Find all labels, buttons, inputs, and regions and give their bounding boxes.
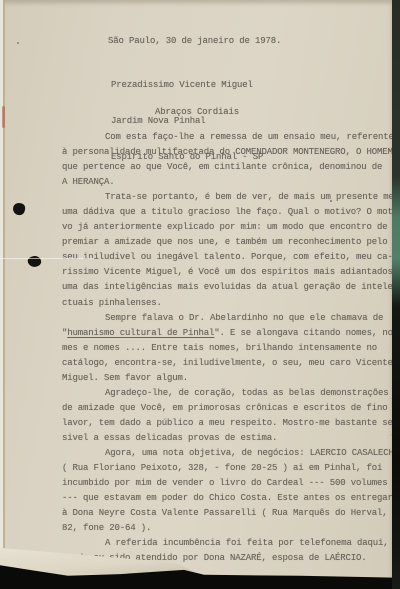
letter-line: à personalidade multifacetada do COMENDA… (62, 145, 394, 160)
letter-line: A referida incumbência foi feita por tel… (62, 536, 394, 551)
letter-line: Sempre falava o Dr. Abelardinho no que e… (62, 311, 394, 326)
paper-speck (17, 42, 19, 44)
letter-body: Com esta faço-lhe a remessa de um ensaio… (62, 130, 394, 566)
letter-line: --- que estavam em poder do Chico Costa.… (62, 491, 394, 506)
underlined-phrase: humanismo cultural de Pinhal (67, 328, 214, 338)
letter-line: lavor, tem dado a público a meu respeito… (62, 416, 394, 431)
fold-crease-line (0, 258, 94, 259)
letter-line: à Dona Neyre Costa Valente Passarelli ( … (62, 506, 394, 521)
letter-line: ctuais pinhalenses. (62, 296, 394, 311)
scanned-letter-screenshot: { "colors":{"paper":"#dad3c3","ink":"#68… (0, 0, 400, 589)
date-line: São Paulo, 30 de janeiro de 1978. (108, 36, 281, 46)
paper-edge-red-mark (2, 106, 5, 128)
letter-line: premiar a amizade que nos une, e também … (62, 235, 394, 250)
letter-line: catálogo, encontra-se, iniludivelmente, … (62, 356, 394, 371)
recipient-name: Prezadissimo Vicente Miguel (111, 77, 263, 93)
scan-background-strip (392, 0, 400, 589)
letter-line: Miguel. Sem favor algum. (62, 371, 394, 386)
punch-hole (12, 202, 26, 216)
letter-page: São Paulo, 30 de janeiro de 1978. Prezad… (0, 0, 392, 589)
letter-line: sivel a essas delicadas provas de estima… (62, 431, 394, 446)
paper-speck (330, 200, 332, 202)
letter-line: "humanismo cultural de Pinhal". E se alo… (62, 326, 394, 341)
letter-line: seu iniludivel ou inegável talento. Porq… (62, 250, 394, 265)
letter-line: Com esta faço-lhe a remessa de um ensaio… (62, 130, 394, 145)
letter-line: A HERANÇA. (62, 175, 394, 190)
letter-line: 82, fone 20-64 ). (62, 521, 394, 536)
letter-line: ( Rua Floriano Peixoto, 328, - fone 20-2… (62, 461, 394, 476)
letter-line: rissimo Vicente Miguel, é Você um dos es… (62, 265, 394, 280)
letter-line: Trata-se portanto, é bem de ver, de mais… (62, 190, 394, 205)
punch-hole (27, 254, 43, 268)
paper-left-edge (3, 0, 5, 589)
letter-line: vo já anteriormente explicado por mim: u… (62, 220, 394, 235)
letter-line: uma das inteligências mais evoluidas da … (62, 280, 394, 295)
letter-line: que pertence ao que Você, em cintilante … (62, 160, 394, 175)
letter-line: incumbido por mim de vender o livro do C… (62, 476, 394, 491)
letter-line: de amizade que Você, em primorosas crôni… (62, 401, 394, 416)
letter-line: Agradeço-lhe, de coração, todas as belas… (62, 386, 394, 401)
letter-line: mes e nomes .... Entre tais nomes, brilh… (62, 341, 394, 356)
letter-line: Agora, uma nota objetiva, de negócios: L… (62, 446, 394, 461)
letter-line: uma dádiva que a titulo gracioso lhe faç… (62, 205, 394, 220)
salutation: Abraços Cordiais (155, 107, 239, 117)
